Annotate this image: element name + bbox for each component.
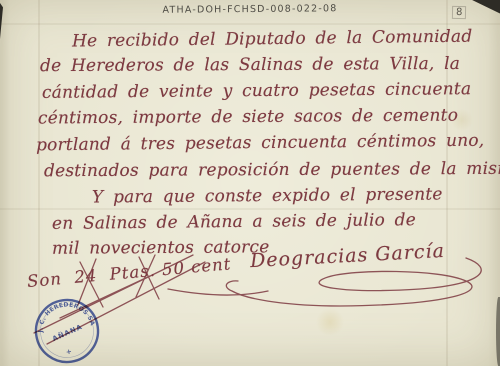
stamp-center-text: AÑANA <box>51 322 84 343</box>
scan-edge-top-left <box>0 3 3 39</box>
stamp-bottom-mark: + <box>65 348 72 357</box>
stamp-outer-ring <box>32 296 102 366</box>
scanned-document-page: ATHA-DOH-FCHSD-008-022-08 8 He recibido … <box>0 0 500 366</box>
archive-reference-code: ATHA-DOH-FCHSD-008-022-08 <box>162 3 337 16</box>
handwritten-line-1: He recibido del Diputado de la Comunidad <box>72 27 473 52</box>
handwritten-line-4: céntimos, importe de siete sacos de ceme… <box>38 106 458 129</box>
scan-edge-top-right <box>466 0 500 15</box>
stamp-inner-ring <box>37 301 97 361</box>
amount-tail-flourish <box>168 289 268 295</box>
round-stamp: J. C. HEREDEROS SALINAS AÑANA + <box>32 296 102 366</box>
paper-crease-horizontal <box>0 23 500 25</box>
amount-line: Son 24 Ptas. 50 cent <box>26 254 232 291</box>
scan-edge-bottom-right <box>496 297 500 366</box>
handwritten-line-8: en Salinas de Añana a seis de julio de <box>52 210 416 234</box>
paper-crease-vertical <box>38 0 40 366</box>
stamp-arc-text: J. C. HEREDEROS SALINAS <box>32 296 96 336</box>
handwritten-line-2: de Herederos de las Salinas de esta Vill… <box>40 54 460 76</box>
handwritten-line-5: portland á tres pesetas cincuenta céntim… <box>36 131 485 156</box>
handwritten-line-7: Y para que conste expido el presente <box>92 184 443 207</box>
folio-number: 8 <box>452 6 467 19</box>
signature: Deogracias García <box>250 240 446 272</box>
handwritten-line-6: destinados para reposición de puentes de… <box>44 159 500 182</box>
stamp-arc-text-holder: J. C. HEREDEROS SALINAS <box>32 296 96 336</box>
handwritten-line-3: cántidad de veinte y cuatro pesetas cinc… <box>42 79 471 103</box>
handwritten-line-9: mil novecientos catorce <box>52 237 270 259</box>
paper-crease-horizontal <box>0 208 500 210</box>
